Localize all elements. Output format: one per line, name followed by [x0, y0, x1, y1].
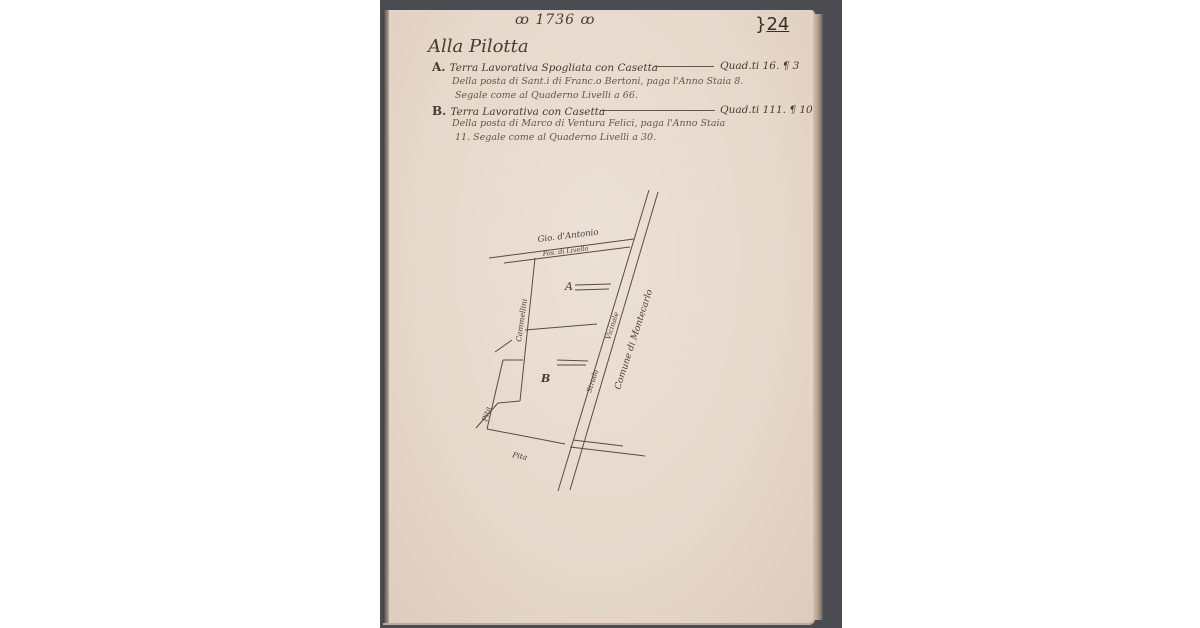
plot-map: Gio. d'Antonio Fos. di Livello A B Camme…: [383, 10, 813, 623]
plot-division: [525, 324, 597, 330]
plot-boundary: [498, 401, 520, 403]
label-left-lower: Pita: [480, 406, 493, 424]
label-plot-a: A: [564, 280, 573, 293]
label-top-road: Fos. di Livello: [541, 244, 589, 258]
label-strada: Strada: [585, 369, 600, 394]
road-line: [573, 440, 623, 446]
label-comune: Comune di Montecarlo: [613, 288, 655, 391]
label-top-owner: Gio. d'Antonio: [537, 228, 599, 245]
stub-line: [575, 284, 611, 285]
stub-line: [575, 289, 609, 290]
stub-line: [557, 360, 588, 361]
page-edge-stack: [813, 14, 823, 620]
plot-boundary: [495, 340, 512, 352]
label-plot-b: B: [540, 372, 550, 385]
label-bottom: Pita: [511, 450, 528, 462]
plot-boundary: [487, 429, 565, 444]
